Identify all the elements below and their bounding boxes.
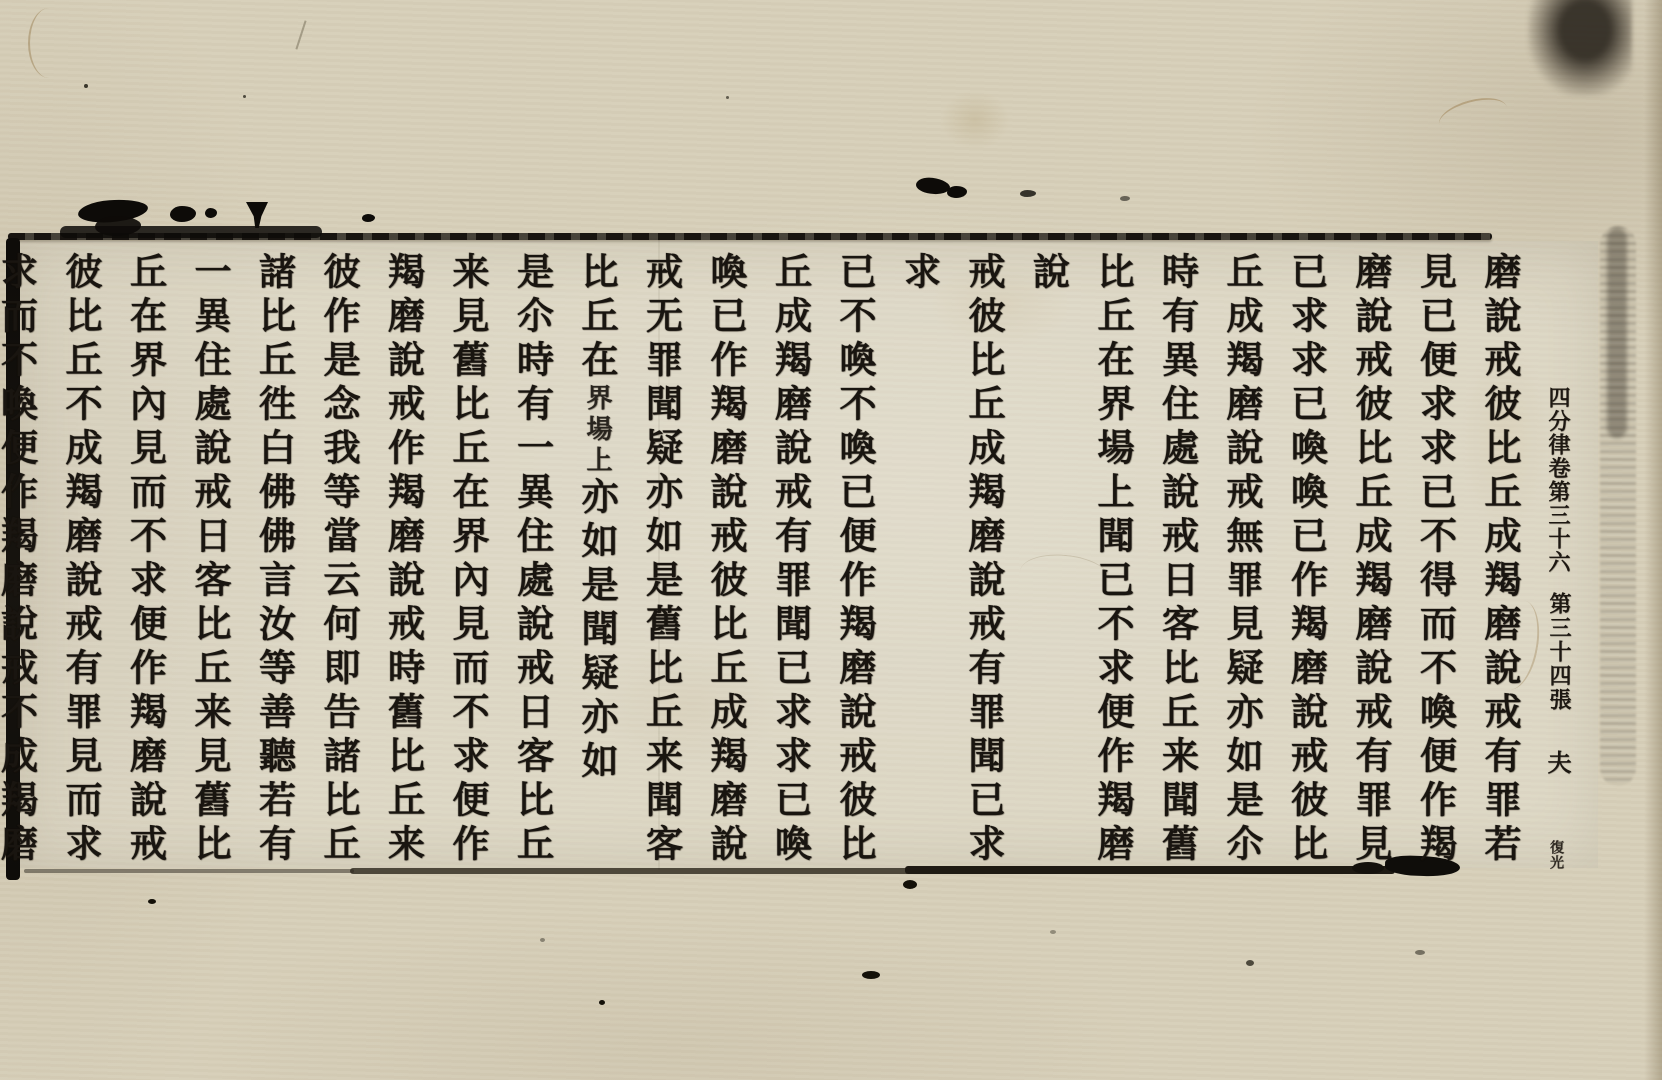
column-characters: 彼作是念我等當云何即告諸比丘: [317, 252, 361, 868]
text-column: 諸比丘徃白佛佛言汝等善聽若有: [242, 252, 307, 868]
text-column: 喚已作羯磨說戒彼比丘成羯磨說: [694, 252, 759, 868]
text-column: 是尒時有一異住處說戒日客比丘: [500, 252, 565, 868]
column-characters: 磨說戒彼比丘成羯磨說戒有罪若: [1478, 252, 1522, 868]
column-characters: 丘成羯磨說戒無罪見疑亦如是尒: [1220, 252, 1264, 868]
column-characters: 戒彼比丘成羯磨說戒有罪聞已求求: [898, 252, 1007, 868]
text-column: 彼比丘不成羯磨說戒有罪見而求: [49, 252, 114, 868]
ink-blotch: [915, 176, 951, 197]
paper-stain: [940, 90, 1010, 150]
column-characters: 比丘在界場上聞已不求便作羯磨說: [1027, 252, 1136, 868]
column-characters: 羯磨說戒作羯磨說戒時舊比丘来: [382, 252, 426, 868]
column-characters: 喚已作羯磨說戒彼比丘成羯磨說: [704, 252, 748, 868]
text-column: 比丘在界場上亦如是聞疑亦如: [565, 252, 630, 868]
column-characters: 是尒時有一異住處說戒日客比丘: [511, 252, 555, 868]
paper-fiber: [28, 8, 70, 78]
text-column: 已求求已喚喚已作羯磨說戒彼比: [1274, 252, 1339, 868]
text-column: 見已便求求已不得而不喚便作羯: [1403, 252, 1468, 868]
ink-blotch: [205, 208, 217, 218]
small-inline-characters: 界場上: [582, 384, 612, 477]
ink-blotch: [170, 206, 196, 222]
margin-case-character: 夫: [1540, 750, 1575, 774]
text-column: 戒无罪聞疑亦如是舊比丘来聞客: [629, 252, 694, 868]
ink-speck: [540, 938, 545, 942]
text-column: 一異住處說戒日客比丘来見舊比: [178, 252, 243, 868]
text-column: 丘成羯磨說戒無罪見疑亦如是尒: [1210, 252, 1275, 868]
text-column: 戒彼比丘成羯磨說戒有罪聞已求求: [887, 252, 1016, 868]
ink-speck: [1246, 960, 1254, 966]
text-column: 来見舊比丘在界內見而不求便作: [436, 252, 501, 868]
text-column: 比丘在界場上聞已不求便作羯磨說: [1016, 252, 1145, 868]
text-column: 時有異住處說戒日客比丘来聞舊: [1145, 252, 1210, 868]
text-column: 磨說戒彼比丘成羯磨說戒有罪見: [1339, 252, 1404, 868]
text-column: 磨說戒彼比丘成羯磨說戒有罪若: [1468, 252, 1533, 868]
column-characters: 一異住處說戒日客比丘来見舊比: [188, 252, 232, 868]
woodblock-print-page: 磨說戒彼比丘成羯磨說戒有罪若見已便求求已不得而不喚便作羯磨說戒彼比丘成羯磨說戒有…: [0, 0, 1662, 1080]
text-columns: 磨說戒彼比丘成羯磨說戒有罪若見已便求求已不得而不喚便作羯磨說戒彼比丘成羯磨說戒有…: [44, 252, 1532, 868]
ink-blotch: [1120, 196, 1130, 201]
ink-speck: [1050, 930, 1056, 934]
column-characters: 丘在界內見而不求便作羯磨說戒: [124, 252, 168, 868]
ink-speck: [726, 96, 729, 99]
column-characters: 亦如是聞疑亦如: [575, 477, 619, 785]
column-characters: 比丘在: [575, 252, 619, 384]
column-characters: 諸比丘徃白佛佛言汝等善聽若有: [253, 252, 297, 868]
ink-blotch: [947, 186, 967, 198]
ink-speck: [1415, 950, 1425, 955]
ink-speck: [243, 95, 246, 98]
column-characters: 見已便求求已不得而不喚便作羯: [1414, 252, 1458, 868]
ink-blotch: [60, 226, 322, 238]
text-column: 丘成羯磨說戒有罪聞已求求已喚: [758, 252, 823, 868]
column-characters: 磨說戒彼比丘成羯磨說戒有罪見: [1349, 252, 1393, 868]
margin-sheet-number: 第三十四張: [1544, 592, 1575, 712]
column-characters: 時有異住處說戒日客比丘来聞舊: [1156, 252, 1200, 868]
column-characters: 戒无罪聞疑亦如是舊比丘来聞客: [640, 252, 684, 868]
column-characters: 来見舊比丘在界內見而不求便作: [446, 252, 490, 868]
frame-border-bottom: [24, 869, 354, 873]
ink-blotch: [1020, 190, 1036, 197]
ink-speck: [903, 880, 917, 889]
fold-streak: [1607, 228, 1627, 438]
ink-speck: [862, 971, 880, 979]
column-characters: 求而不喚便作羯磨說戒不成羯磨: [0, 252, 39, 868]
ink-speck: [84, 84, 88, 88]
text-column: 已不喚不喚已便作羯磨說戒彼比: [823, 252, 888, 868]
margin-scroll-title: 四分律卷第三十六: [1543, 386, 1574, 574]
column-characters: 丘成羯磨說戒有罪聞已求求已喚: [769, 252, 813, 868]
ink-blotch: [246, 202, 268, 228]
text-column: 彼作是念我等當云何即告諸比丘: [307, 252, 372, 868]
margin-carver-mark: 復光: [1546, 840, 1566, 870]
frame-border-bottom: [350, 868, 910, 874]
text-column: 丘在界內見而不求便作羯磨說戒: [113, 252, 178, 868]
column-characters: 已不喚不喚已便作羯磨說戒彼比: [833, 252, 877, 868]
ink-speck: [148, 899, 156, 904]
ink-blotch: [362, 214, 375, 222]
column-characters: 已求求已喚喚已作羯磨說戒彼比: [1285, 252, 1329, 868]
paper-fiber: [1435, 91, 1511, 140]
paper-crease: [295, 20, 306, 49]
text-column: 求而不喚便作羯磨說戒不成羯磨: [0, 252, 49, 868]
text-column: 羯磨說戒作羯磨說戒時舊比丘来: [371, 252, 436, 868]
column-characters: 彼比丘不成羯磨說戒有罪見而求: [59, 252, 103, 868]
page-edge-shading: [1644, 0, 1662, 1080]
ink-speck: [599, 1000, 605, 1005]
corner-ink-smudge: [1528, 0, 1632, 96]
